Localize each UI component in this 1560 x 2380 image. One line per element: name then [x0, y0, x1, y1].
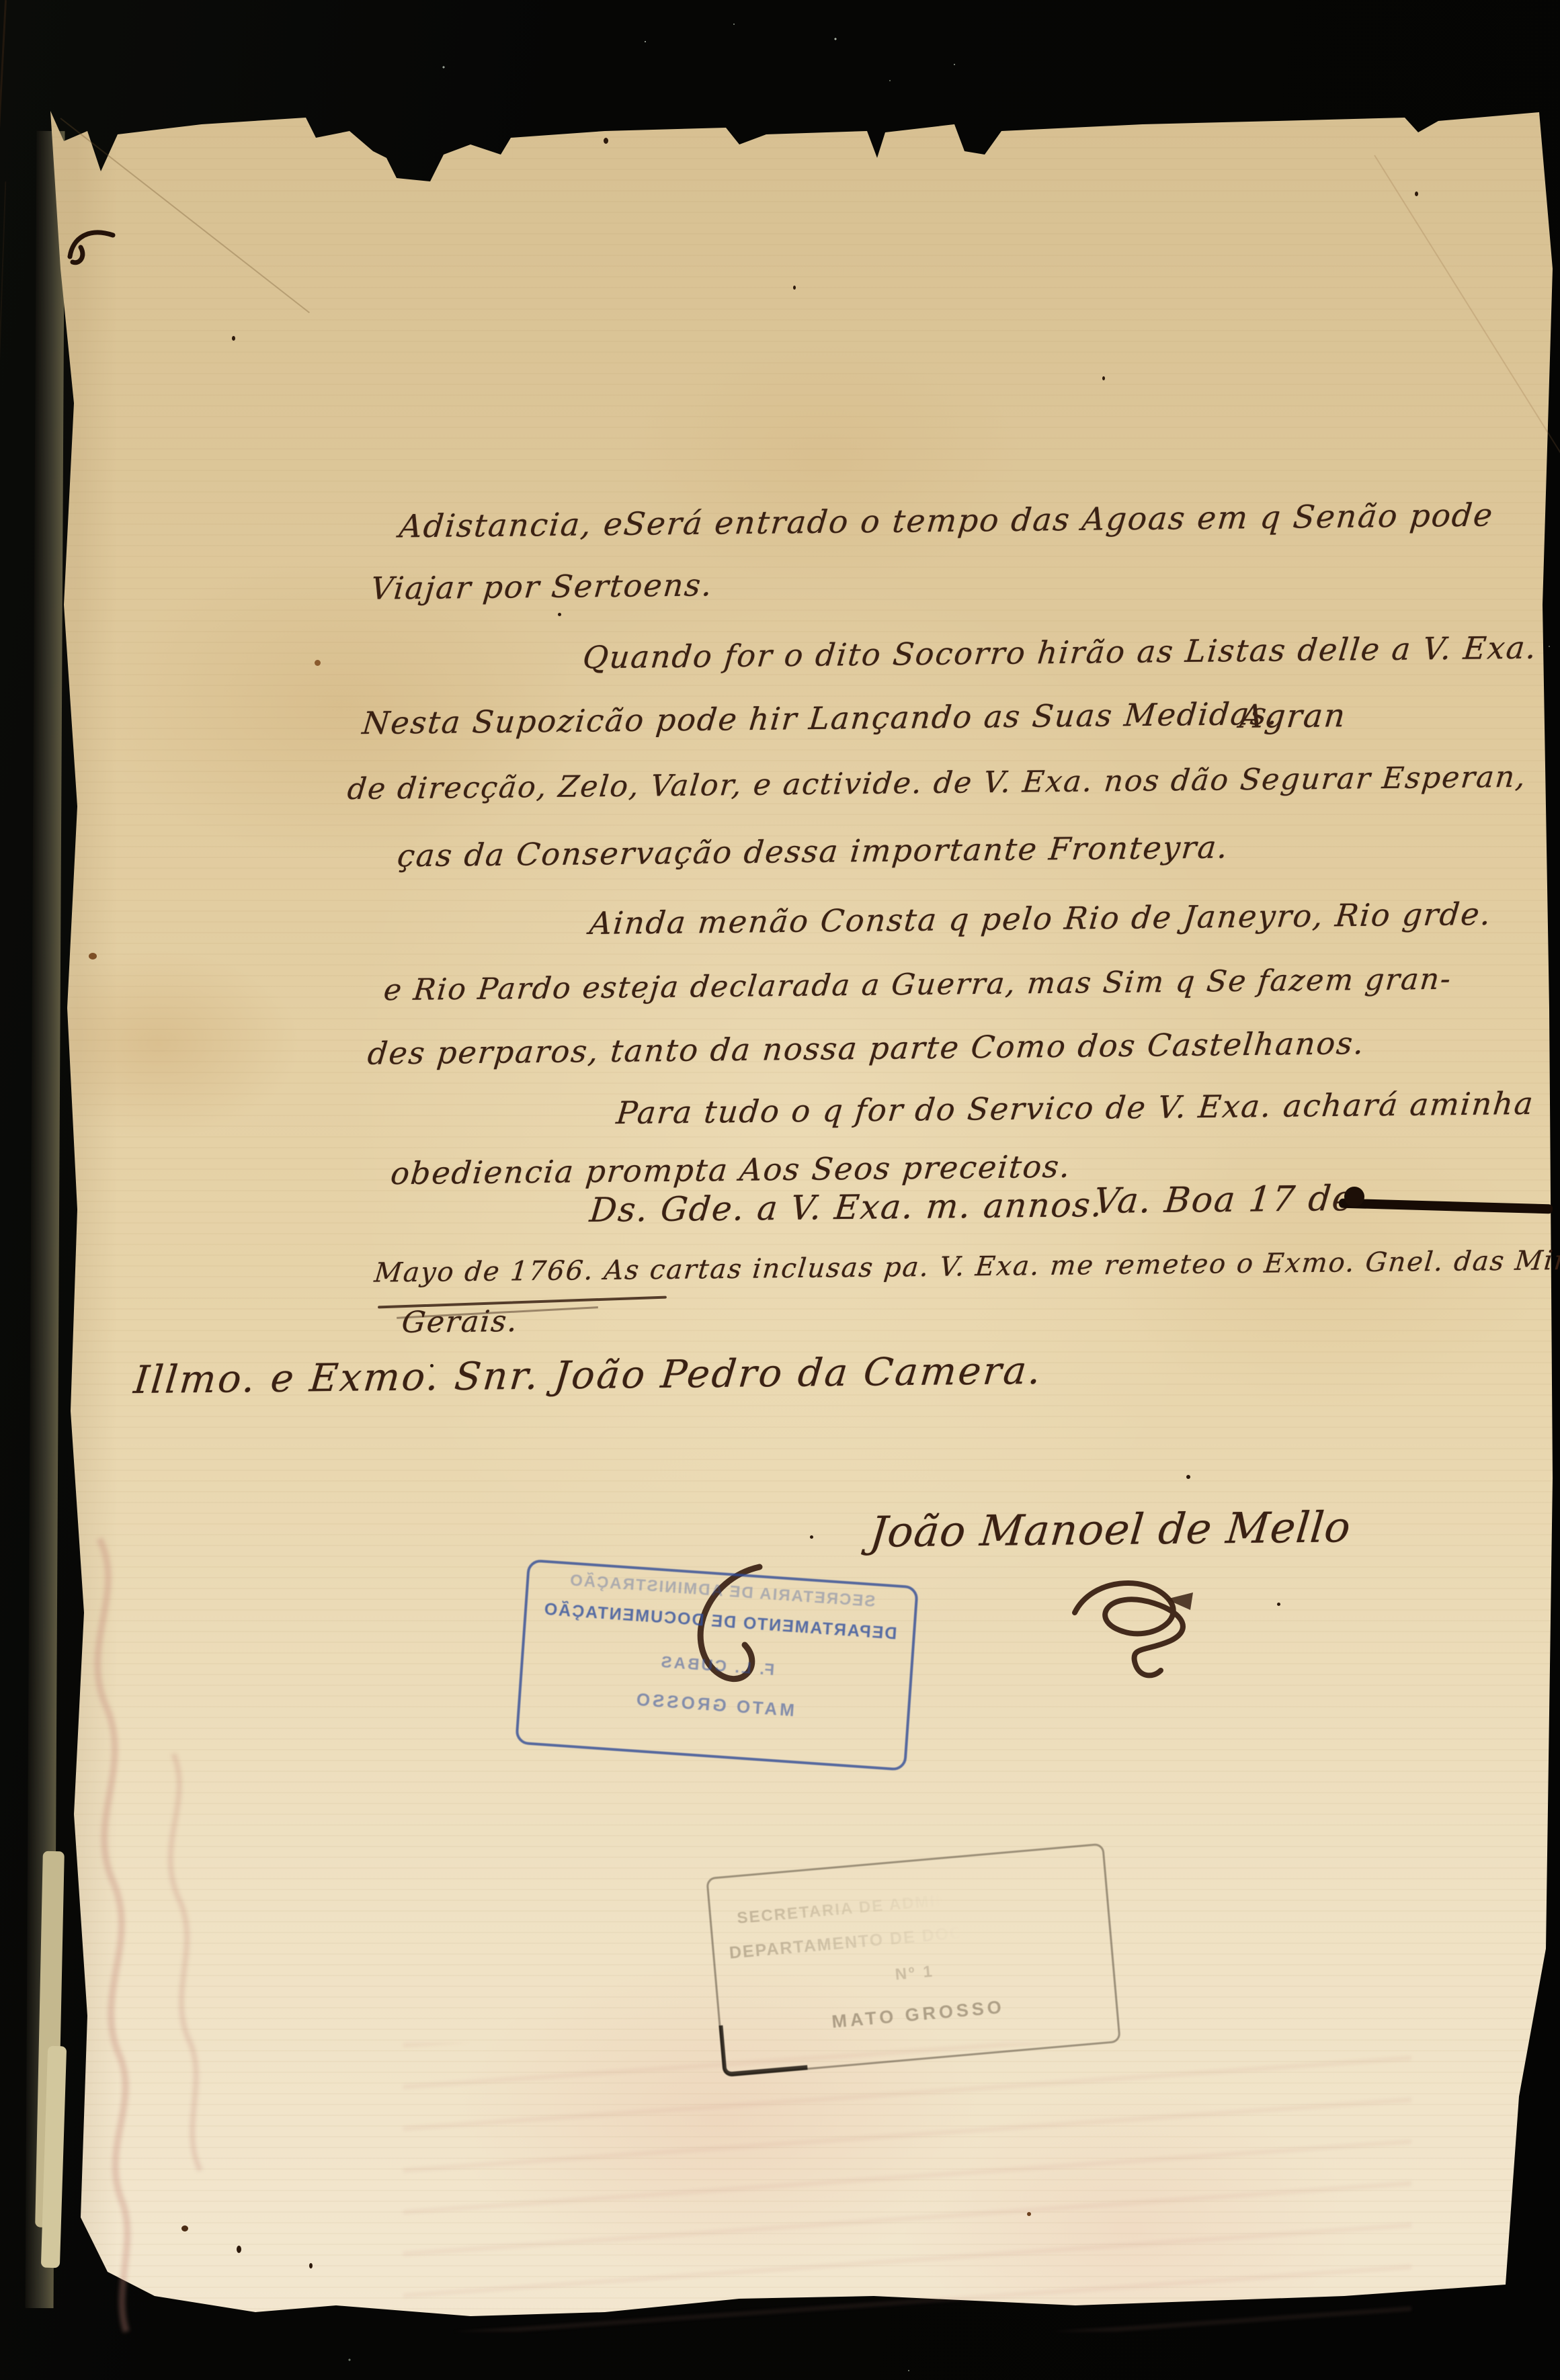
- ink-speck: [604, 138, 608, 144]
- ink-speck: [232, 336, 235, 341]
- ink-speck: [1102, 376, 1105, 380]
- ink-speck: [315, 660, 321, 666]
- ink-speck: [1186, 1475, 1190, 1479]
- letter-line: obediencia prompta Aos Seos preceitos.: [389, 1148, 1073, 1192]
- ink-speck: [1415, 192, 1418, 196]
- bleedthrough-streaks: [403, 2043, 1411, 2332]
- archive-stamp-blue: SECRETARIA DE ADMINISTRAÇÃO DEPARTAMENTO…: [515, 1559, 919, 1771]
- archive-stamp-faint: SECRETARIA DE ADMINISTRAÇÃO DEPARTAMENTO…: [706, 1843, 1121, 2078]
- ink-speck: [1027, 2212, 1031, 2216]
- ink-mark: [66, 222, 126, 269]
- ink-speck: [309, 2263, 313, 2268]
- mirrored-stamp-text: SECRETARIA DE ADMINISTRAÇÃO DEPARTAMENTO…: [518, 1562, 915, 1768]
- paper-crack: [0, 0, 7, 181]
- letter-line: Agran: [1238, 697, 1348, 736]
- letter-line-place-date: Va. Boa 17 de: [1092, 1179, 1356, 1222]
- stamp-line: MATO GROSSO: [520, 1681, 907, 1729]
- signature: João Manoel de Mello: [868, 1502, 1353, 1556]
- letter-line-valediction: Ds. Gde. a V. Exa. m. annos.: [588, 1185, 1105, 1230]
- ink-speck: [237, 2246, 241, 2253]
- ink-speck: [1277, 1603, 1280, 1606]
- ink-speck: [810, 1535, 813, 1539]
- scanned-document-page: Adistancia, eSerá entrado o tempo das Ag…: [0, 0, 1560, 2380]
- ink-speck: [89, 953, 97, 960]
- stamp-corner-mark: [719, 2018, 807, 2078]
- signature-flourish-icon: [1065, 1566, 1240, 1687]
- ghost-bleedthrough-writing: [59, 1532, 288, 2345]
- stamp-line: F. L. CUBAS: [524, 1644, 911, 1689]
- ink-speck: [558, 613, 561, 616]
- letter-line: Viajar por Sertoens.: [369, 566, 714, 606]
- ink-speck: [793, 286, 796, 290]
- ink-speck: [430, 1364, 434, 1367]
- ink-blot: [1344, 1187, 1364, 1207]
- ink-speck: [181, 2225, 188, 2232]
- paper-crack: [0, 181, 6, 464]
- letter-line: Gerais.: [400, 1304, 520, 1340]
